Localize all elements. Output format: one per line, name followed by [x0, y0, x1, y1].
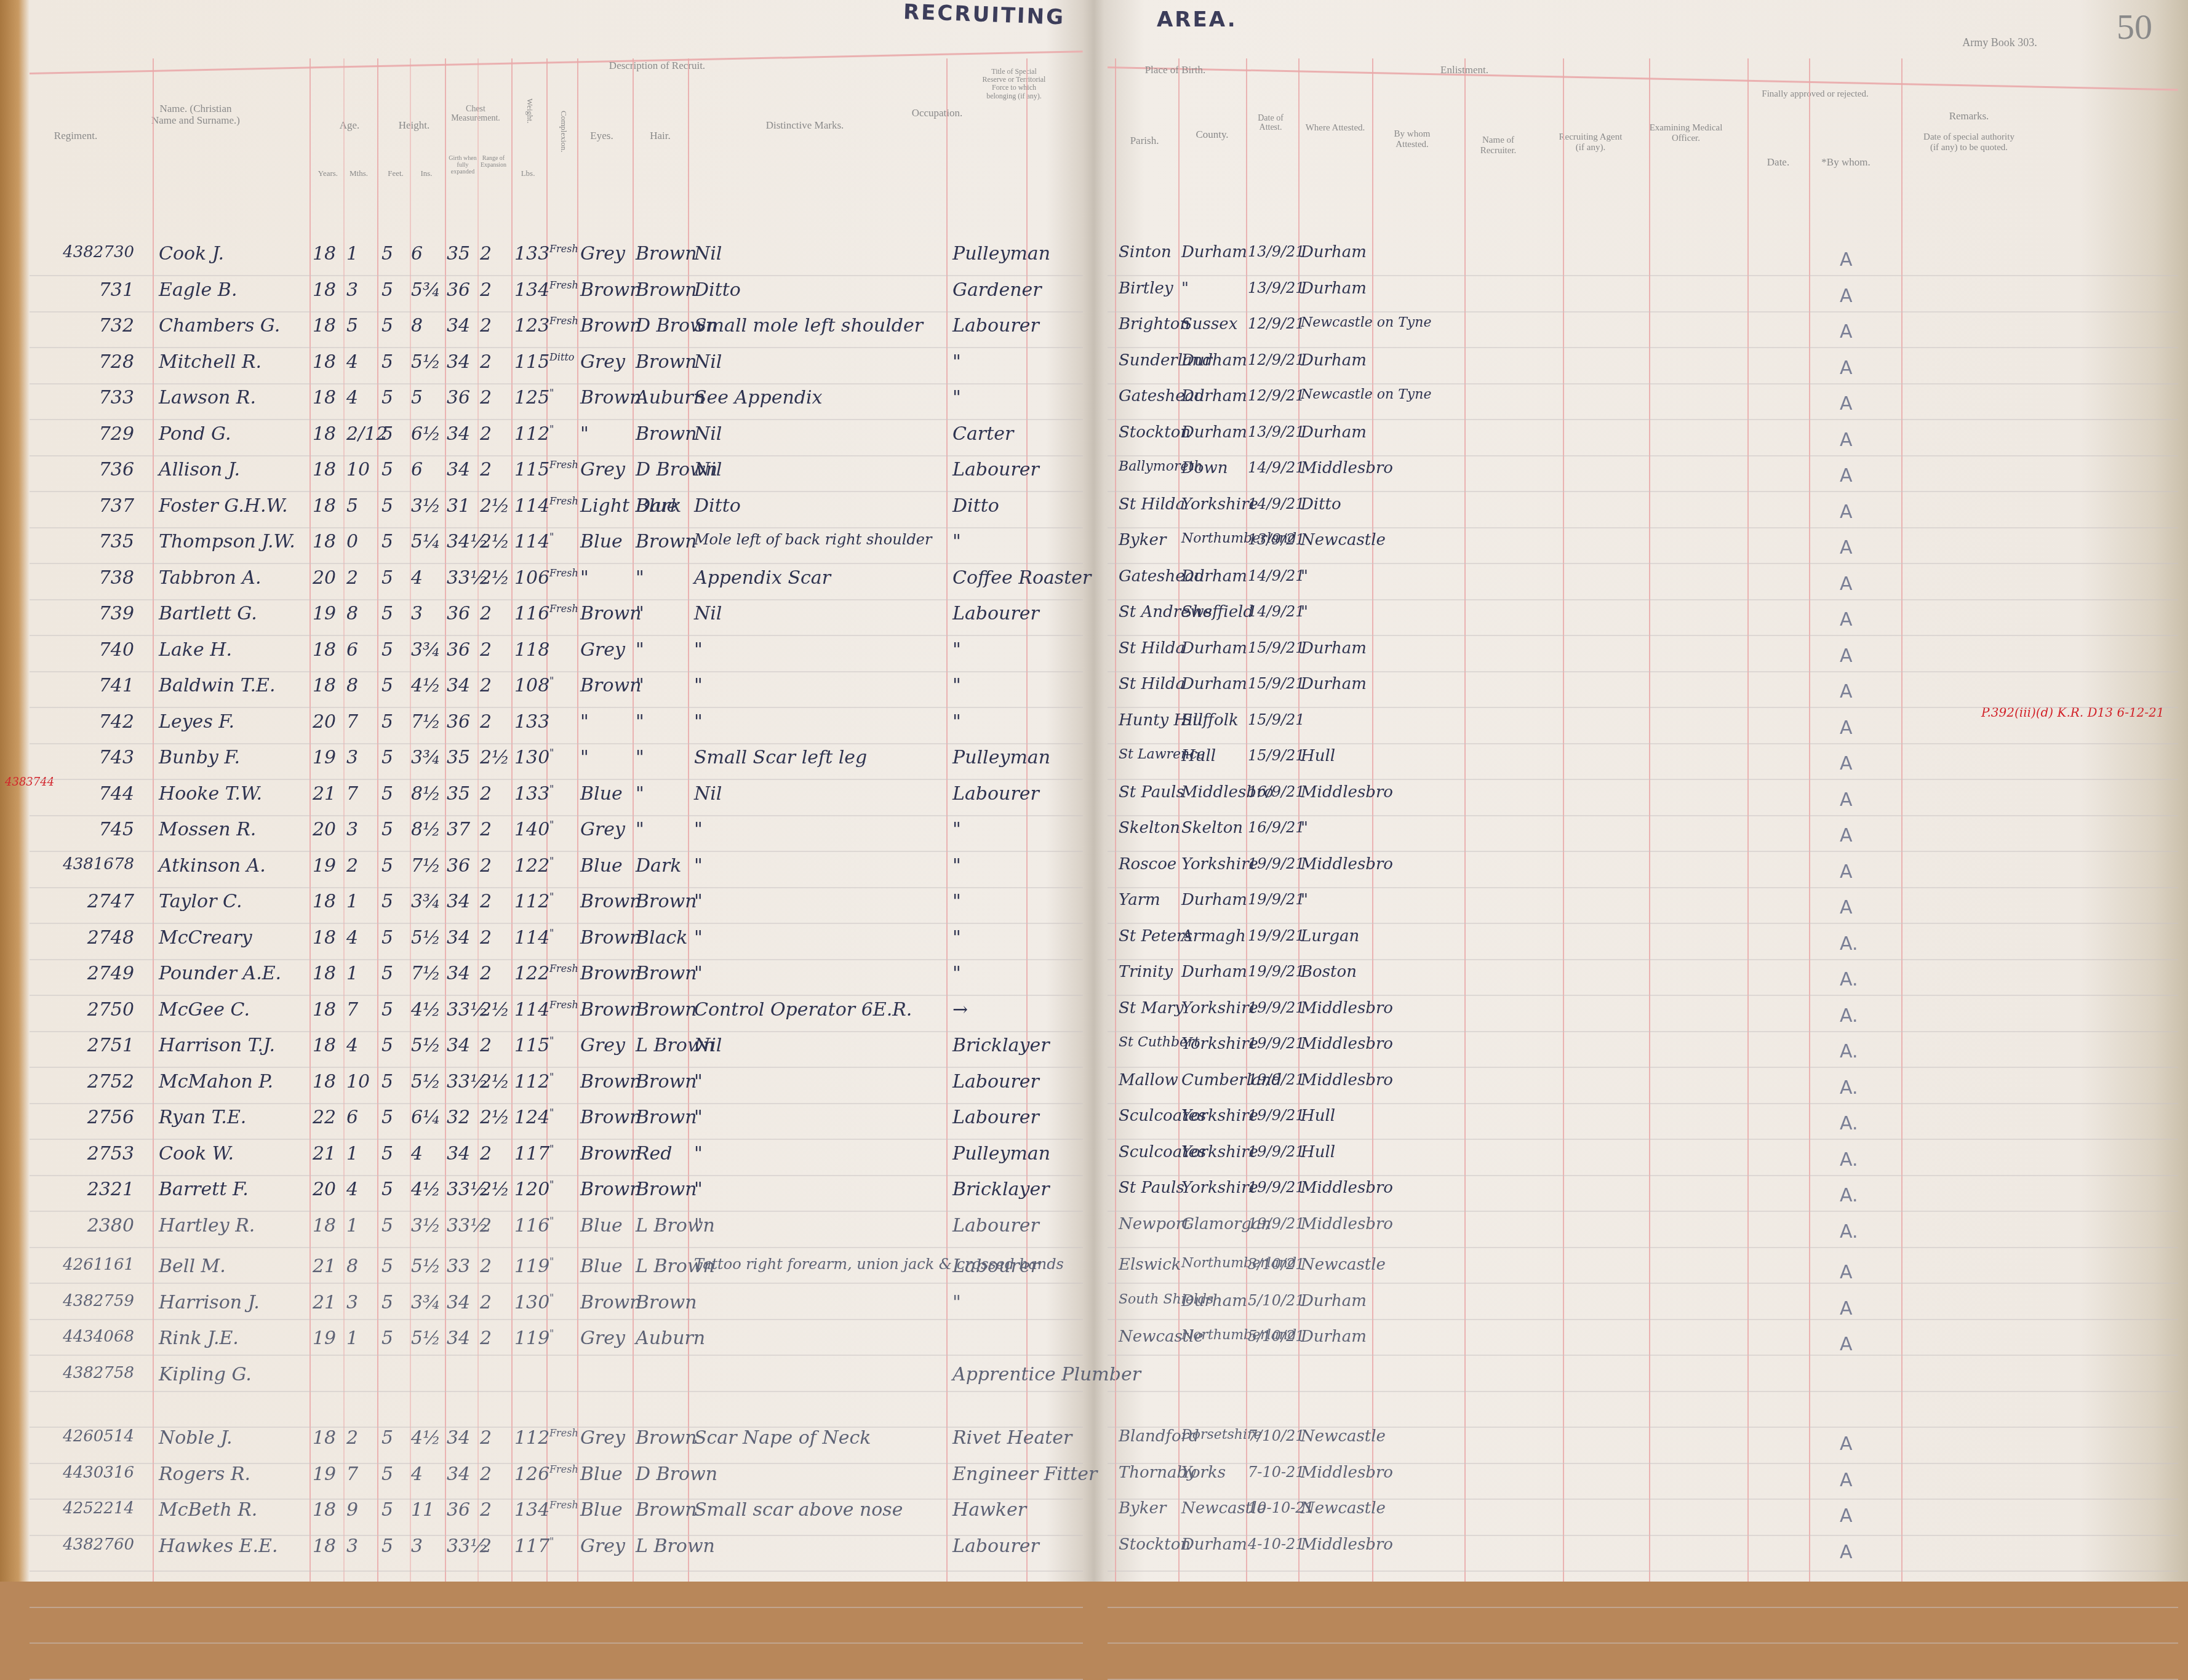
cell-exp: 2: [480, 459, 508, 480]
cell-no: 741: [42, 675, 134, 696]
cell-date: 15/9/21: [1248, 747, 1297, 764]
cell-chest: 34: [447, 963, 476, 984]
col-medical-officer: Examining Medical Officer.: [1649, 123, 1723, 143]
cell-hair: ": [636, 639, 688, 661]
cell-chest: 33½: [447, 567, 476, 589]
row-rule: [30, 527, 1083, 528]
cell-marks: Small scar above nose: [694, 1499, 940, 1521]
cell-yrs: 19: [313, 603, 340, 624]
cell-name: Foster G.H.W.: [159, 495, 306, 517]
cell-date: 19/9/21: [1248, 927, 1297, 944]
cell-date: 16/9/21: [1248, 783, 1297, 800]
cell-comp: ": [549, 1328, 577, 1339]
cell-lbs: 133: [514, 783, 545, 805]
cell-yrs: 20: [313, 819, 340, 840]
approval-mark: A.: [1840, 1077, 1858, 1099]
cell-county: Yorkshire: [1181, 1107, 1246, 1125]
cell-eyes: Blue: [580, 1256, 633, 1277]
cell-exp: 2: [480, 387, 508, 408]
cell-eyes: Grey: [580, 639, 633, 661]
cell-mths: 3: [346, 1535, 374, 1557]
cell-no: 4382758: [42, 1364, 134, 1382]
cell-date: 3/10/21: [1248, 1256, 1297, 1273]
cell-exp: 2: [480, 1328, 508, 1349]
col-name: Name. (Christian Name and Surname.): [146, 103, 245, 126]
row-rule: [30, 995, 1083, 996]
cell-ft: 5: [381, 819, 406, 840]
approval-mark: A: [1840, 1334, 1853, 1355]
approval-mark: A: [1840, 501, 1853, 523]
cell-mths: 3: [346, 279, 374, 301]
cell-ft: 5: [381, 603, 406, 624]
cell-exp: 2½: [480, 1071, 508, 1093]
cell-hair: Dark: [636, 495, 688, 517]
cell-where: Durham: [1301, 423, 1371, 442]
cell-eyes: Brown: [580, 279, 633, 301]
cell-parish: Gateshead: [1119, 567, 1180, 586]
cell-lbs: 112: [514, 891, 545, 912]
cell-name: Hooke T.W.: [159, 783, 306, 805]
cell-name: Harrison J.: [159, 1292, 306, 1313]
cell-county: Yorkshire: [1181, 1035, 1246, 1053]
cell-name: McCreary: [159, 927, 306, 949]
cell-no: 4261161: [42, 1256, 134, 1274]
cell-hair: ": [636, 783, 688, 805]
cell-county: Durham: [1181, 423, 1246, 442]
cell-yrs: 19: [313, 1463, 340, 1485]
cell-hair: Dark: [636, 855, 688, 877]
header-rule-right: [1108, 66, 2178, 90]
cell-parish: Gateshead: [1119, 387, 1180, 405]
col-height-feet: Feet.: [380, 169, 411, 178]
cell-county: Yorks: [1181, 1463, 1246, 1482]
cell-hair: Brown: [636, 1292, 688, 1313]
cell-yrs: 18: [313, 351, 340, 373]
approval-mark: A: [1840, 537, 1853, 559]
cell-where: Durham: [1301, 279, 1371, 298]
cell-county: Durham: [1181, 351, 1246, 370]
cell-lbs: 112: [514, 1071, 545, 1093]
approval-mark: A.: [1840, 1185, 1858, 1206]
cell-eyes: Brown: [580, 1179, 633, 1200]
col-chest-full: Girth when fully expanded: [448, 155, 477, 175]
cell-comp: ": [549, 1292, 577, 1304]
cell-eyes: Blue: [580, 1463, 633, 1485]
cell-eyes: ": [580, 711, 633, 733]
cell-ft: 5: [381, 1215, 406, 1236]
cell-chest: 36: [447, 639, 476, 661]
cell-ft: 5: [381, 567, 406, 589]
row-rule: [30, 1391, 1083, 1392]
row-rule: [30, 959, 1083, 960]
cell-ft: 5: [381, 999, 406, 1021]
cell-eyes: ": [580, 567, 633, 589]
cell-ins: 5: [411, 387, 442, 408]
cell-ft: 5: [381, 531, 406, 552]
row-rule: [1108, 1571, 2178, 1572]
cell-occ: Rivet Heater: [952, 1427, 1069, 1449]
cell-comp: Fresh: [549, 279, 577, 291]
cell-marks: Nil: [694, 459, 940, 480]
cell-county: Northumberland: [1181, 531, 1246, 546]
cell-yrs: 18: [313, 1427, 340, 1449]
cell-no: 2750: [42, 999, 134, 1021]
row-rule: [1108, 1139, 2178, 1140]
cell-exp: 2: [480, 1256, 508, 1277]
cell-ins: 5½: [411, 351, 442, 373]
cell-yrs: 18: [313, 495, 340, 517]
cell-name: Pounder A.E.: [159, 963, 306, 984]
cell-exp: 2: [480, 675, 508, 696]
approval-mark: A: [1840, 609, 1853, 631]
cell-ft: 5: [381, 1071, 406, 1093]
cell-mths: 4: [346, 1179, 374, 1200]
cell-marks: ": [694, 927, 940, 949]
cell-no: 733: [42, 387, 134, 408]
cell-county: Yorkshire: [1181, 495, 1246, 514]
row-rule: [1108, 1355, 2178, 1356]
row-rule: [1108, 851, 2178, 852]
cell-ins: 8½: [411, 783, 442, 805]
cell-occ: Coffee Roaster: [952, 567, 1069, 589]
cell-comp: ": [549, 1071, 577, 1083]
col-regiment: Regiment.: [42, 130, 110, 142]
cell-chest: 34: [447, 891, 476, 912]
cell-exp: 2: [480, 1499, 508, 1521]
col-height-ins: Ins.: [411, 169, 442, 178]
cell-exp: 2: [480, 279, 508, 301]
cell-no: 4382730: [42, 243, 134, 261]
cell-marks: Tattoo right forearm, union jack & cross…: [694, 1256, 940, 1273]
cell-ins: 3¾: [411, 1292, 442, 1313]
cell-mths: 2/12: [346, 423, 374, 445]
cell-yrs: 18: [313, 459, 340, 480]
cell-chest: 33½: [447, 1215, 476, 1236]
row-rule: [1108, 635, 2178, 636]
cell-occ: Labourer: [952, 783, 1069, 805]
cell-county: Durham: [1181, 243, 1246, 261]
cell-date: 19/9/21: [1248, 1107, 1297, 1124]
cell-ins: 5¾: [411, 279, 442, 301]
col-age: Age.: [325, 120, 374, 132]
cell-no: 739: [42, 603, 134, 624]
cell-parish: Elswick: [1119, 1256, 1180, 1274]
cell-marks: Appendix Scar: [694, 567, 940, 589]
cell-yrs: 20: [313, 567, 340, 589]
col-by-whom-attested: By whom Attested.: [1378, 129, 1446, 149]
cell-hair: ": [636, 675, 688, 696]
cell-name: Hawkes E.E.: [159, 1535, 306, 1557]
cell-no: 4382760: [42, 1535, 134, 1554]
cell-mths: 2: [346, 1427, 374, 1449]
cell-marks: Scar Nape of Neck: [694, 1427, 940, 1449]
cell-comp: Fresh: [549, 999, 577, 1011]
cell-where: ": [1301, 819, 1371, 837]
cell-mths: 0: [346, 531, 374, 552]
cell-ins: 7½: [411, 711, 442, 733]
row-rule: [30, 347, 1083, 348]
cell-ft: 5: [381, 315, 406, 336]
cell-parish: Skelton: [1119, 819, 1180, 837]
cell-county: Durham: [1181, 639, 1246, 658]
cell-date: 5/10/21: [1248, 1328, 1297, 1345]
row-rule: [30, 1067, 1083, 1068]
row-rule: [30, 383, 1083, 384]
cell-where: Durham: [1301, 675, 1371, 693]
cell-comp: Fresh: [549, 567, 577, 579]
cell-occ: Pulleyman: [952, 747, 1069, 768]
cell-marks: ": [694, 1107, 940, 1128]
cell-parish: St Mary: [1119, 999, 1180, 1017]
approval-mark: A.: [1840, 933, 1858, 955]
col-final-by-whom: *By whom.: [1809, 157, 1883, 169]
cell-mths: 9: [346, 1499, 374, 1521]
cell-yrs: 21: [313, 783, 340, 805]
cell-exp: 2: [480, 603, 508, 624]
cell-parish: Birtley: [1119, 279, 1180, 298]
cell-ft: 5: [381, 243, 406, 265]
row-rule: [30, 707, 1083, 708]
cell-marks: Ditto: [694, 279, 940, 301]
cell-occ: Hawker: [952, 1499, 1069, 1521]
row-rule: [30, 1355, 1083, 1356]
row-rule: [1108, 599, 2178, 600]
approval-mark: A: [1840, 1262, 1853, 1283]
cell-lbs: 112: [514, 1427, 545, 1449]
cell-mths: 3: [346, 747, 374, 768]
cell-exp: 2½: [480, 495, 508, 517]
cell-where: Middlesbro: [1301, 999, 1371, 1017]
cell-date: 13/9/21: [1248, 243, 1297, 260]
cell-ins: 5½: [411, 1328, 442, 1349]
cell-name: Cook W.: [159, 1143, 306, 1164]
cell-mths: 1: [346, 963, 374, 984]
cell-occ: Bricklayer: [952, 1035, 1069, 1056]
cell-county: Durham: [1181, 675, 1246, 693]
cell-mths: 1: [346, 891, 374, 912]
row-rule: [1108, 1463, 2178, 1464]
cell-ins: 5½: [411, 1071, 442, 1093]
cell-name: Allison J.: [159, 459, 306, 480]
cell-county: Durham: [1181, 891, 1246, 909]
cell-marks: ": [694, 963, 940, 984]
cell-lbs: 114: [514, 927, 545, 949]
cell-occ: Labourer: [952, 1215, 1069, 1236]
cell-lbs: 115: [514, 459, 545, 480]
cell-where: Newcastle: [1301, 1499, 1371, 1518]
cell-marks: Small mole left shoulder: [694, 315, 940, 336]
cell-county: Middlesbro: [1181, 783, 1246, 802]
cell-parish: Roscoe: [1119, 855, 1180, 874]
cell-where: Middlesbro: [1301, 459, 1371, 477]
cell-where: Middlesbro: [1301, 1071, 1371, 1089]
row-rule: [1108, 311, 2178, 313]
cell-name: Mossen R.: [159, 819, 306, 840]
row-rule: [1108, 527, 2178, 528]
cell-occ: ": [952, 639, 1069, 661]
cell-yrs: 18: [313, 243, 340, 265]
cell-marks: Nil: [694, 603, 940, 624]
cell-name: Barrett F.: [159, 1179, 306, 1200]
cell-occ: ": [952, 351, 1069, 373]
cell-yrs: 18: [313, 315, 340, 336]
cell-chest: 35: [447, 783, 476, 805]
row-rule: [1108, 383, 2178, 384]
cell-comp: Fresh: [549, 963, 577, 974]
row-rule: [1108, 1391, 2178, 1392]
cell-comp: ": [549, 819, 577, 830]
cell-no: 2747: [42, 891, 134, 912]
cell-date: 14/9/21: [1248, 459, 1297, 476]
cell-exp: 2: [480, 1215, 508, 1236]
cell-chest: 34½: [447, 531, 476, 552]
cell-marks: ": [694, 1143, 940, 1164]
cell-ins: 3: [411, 1535, 442, 1557]
cell-eyes: ": [580, 747, 633, 768]
col-group-birth: Place of Birth.: [1126, 65, 1224, 76]
cell-date: 13/9/21: [1248, 279, 1297, 297]
cell-no: 4381678: [42, 855, 134, 874]
cell-no: 736: [42, 459, 134, 480]
cell-eyes: Blue: [580, 1215, 633, 1236]
cell-comp: ": [549, 891, 577, 902]
cell-yrs: 21: [313, 1256, 340, 1277]
cell-no: 740: [42, 639, 134, 661]
cell-chest: 36: [447, 711, 476, 733]
cell-marks: Nil: [694, 243, 940, 265]
cell-chest: 31: [447, 495, 476, 517]
cell-occ: ": [952, 531, 1069, 552]
cell-mths: 2: [346, 855, 374, 877]
cell-lbs: 112: [514, 423, 545, 445]
approval-mark: A: [1840, 285, 1853, 307]
cell-ins: 4½: [411, 1179, 442, 1200]
cell-comp: ": [549, 1107, 577, 1118]
cell-comp: ": [549, 1215, 577, 1227]
cell-eyes: ": [580, 423, 633, 445]
cell-exp: 2: [480, 315, 508, 336]
cell-where: Durham: [1301, 639, 1371, 658]
row-rule: [1108, 995, 2178, 996]
cell-hair: L Brown: [636, 1035, 688, 1056]
row-rule: [1108, 563, 2178, 564]
cell-county: Northumberland: [1181, 1328, 1246, 1343]
cell-where: Newcastle: [1301, 531, 1371, 549]
row-rule: [30, 923, 1083, 924]
cell-chest: 36: [447, 279, 476, 301]
approval-mark: A: [1840, 465, 1853, 487]
cell-mths: 1: [346, 1328, 374, 1349]
cell-mths: 10: [346, 459, 374, 480]
cell-ft: 5: [381, 855, 406, 877]
cell-comp: ": [549, 1179, 577, 1190]
cell-comp: ": [549, 1535, 577, 1547]
cell-where: Hull: [1301, 1107, 1371, 1125]
cell-date: 15/9/21: [1248, 675, 1297, 692]
col-final-date: Date.: [1751, 157, 1806, 169]
row-rule: [1108, 779, 2178, 780]
cell-name: Leyes F.: [159, 711, 306, 733]
cell-name: Bartlett G.: [159, 603, 306, 624]
cell-ft: 5: [381, 495, 406, 517]
cell-lbs: 117: [514, 1535, 545, 1557]
cell-occ: Ditto: [952, 495, 1069, 517]
cell-lbs: 122: [514, 855, 545, 877]
col-group-final: Finally approved or rejected.: [1751, 89, 1880, 100]
cell-parish: St Cuthbert: [1119, 1035, 1180, 1050]
row-rule: [1108, 1175, 2178, 1176]
cell-date: 19/9/21: [1248, 1143, 1297, 1160]
row-rule: [30, 1571, 1083, 1572]
cell-where: ": [1301, 603, 1371, 621]
approval-mark: A: [1840, 429, 1853, 451]
cell-county: Yorkshire: [1181, 999, 1246, 1017]
cell-chest: 34: [447, 315, 476, 336]
cell-date: 12/9/21: [1248, 351, 1297, 368]
cell-mths: 10: [346, 1071, 374, 1093]
cell-comp: ": [549, 855, 577, 867]
cell-eyes: Grey: [580, 1535, 633, 1557]
cell-hair: L Brown: [636, 1215, 688, 1236]
cell-eyes: Brown: [580, 1071, 633, 1093]
cell-marks: ": [694, 675, 940, 696]
cell-ft: 5: [381, 747, 406, 768]
row-rule: [1108, 1319, 2178, 1320]
cell-hair: Brown: [636, 279, 688, 301]
cell-chest: 34: [447, 459, 476, 480]
row-rule: [1108, 347, 2178, 348]
col-eyes: Eyes.: [577, 130, 626, 142]
cell-ins: 11: [411, 1499, 442, 1521]
cell-where: Ditto: [1301, 495, 1371, 514]
cell-date: 19/9/21: [1248, 1071, 1297, 1088]
cell-occ: Labourer: [952, 459, 1069, 480]
cell-ins: 3¾: [411, 639, 442, 661]
cell-mths: 5: [346, 315, 374, 336]
cell-date: 19/9/21: [1248, 855, 1297, 872]
cell-parish: Stockton: [1119, 423, 1180, 442]
cell-comp: ": [549, 927, 577, 939]
cell-no: 737: [42, 495, 134, 517]
cell-name: Tabbron A.: [159, 567, 306, 589]
cell-comp: Fresh: [549, 1427, 577, 1439]
cell-chest: 34: [447, 351, 476, 373]
cell-comp: ": [549, 1143, 577, 1155]
cell-lbs: 119: [514, 1256, 545, 1277]
cell-date: 14/9/21: [1248, 603, 1297, 620]
cell-eyes: Grey: [580, 819, 633, 840]
cell-occ: Labourer: [952, 1256, 1069, 1277]
cell-name: Eagle B.: [159, 279, 306, 301]
cell-parish: Sinton: [1119, 243, 1180, 261]
cell-marks: ": [694, 1179, 940, 1200]
cell-mths: 3: [346, 819, 374, 840]
col-occupation: Occupation.: [903, 108, 971, 119]
cell-yrs: 18: [313, 999, 340, 1021]
cell-date: 19/9/21: [1248, 963, 1297, 980]
cell-comp: Fresh: [549, 603, 577, 615]
cell-hair: Brown: [636, 891, 688, 912]
cell-occ: Labourer: [952, 1071, 1069, 1093]
cell-mths: 4: [346, 351, 374, 373]
cell-chest: 37: [447, 819, 476, 840]
cell-hair: Brown: [636, 531, 688, 552]
approval-mark: A: [1840, 825, 1853, 846]
cell-lbs: 122: [514, 963, 545, 984]
approval-mark: A: [1840, 573, 1853, 595]
cell-marks: Nil: [694, 423, 940, 445]
cell-parish: St Pauls: [1119, 783, 1180, 802]
